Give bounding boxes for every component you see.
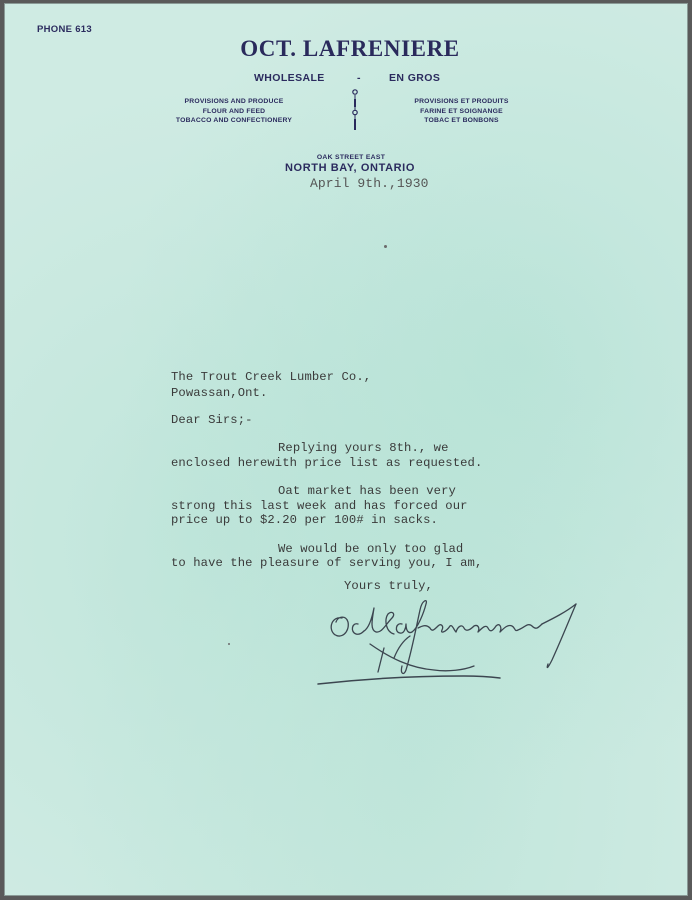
services-french: PROVISIONS ET PRODUITS FARINE ET SOIGNAN… [399, 97, 524, 126]
street-address: OAK STREET EAST [5, 154, 692, 161]
service-line: PROVISIONS AND PRODUCE [159, 97, 309, 107]
body-line: to have the pleasure of serving you, I a… [171, 556, 482, 570]
service-line: FLOUR AND FEED [159, 107, 309, 117]
tagline-english: WHOLESALE [254, 72, 325, 84]
paper-speck [228, 643, 230, 645]
services-english: PROVISIONS AND PRODUCE FLOUR AND FEED TO… [159, 97, 309, 126]
recipient-line: The Trout Creek Lumber Co., [171, 370, 371, 384]
tagline-french: EN GROS [389, 72, 440, 84]
recipient-line: Powassan,Ont. [171, 386, 267, 400]
service-line: PROVISIONS ET PRODUITS [399, 97, 524, 107]
service-line: TOBACCO AND CONFECTIONERY [159, 116, 309, 126]
body-line: We would be only too glad [278, 542, 463, 556]
body-line: Replying yours 8th., we [278, 441, 449, 455]
handwritten-signature [314, 588, 604, 688]
phone-number: PHONE 613 [37, 24, 92, 35]
service-line: FARINE ET SOIGNANGE [399, 107, 524, 117]
body-line: enclosed herewith price list as requeste… [171, 456, 482, 470]
tagline-separator: - [357, 72, 361, 84]
service-line: TOBAC ET BONBONS [399, 116, 524, 126]
company-name: OCT. LAFRENIERE [4, 36, 692, 62]
salutation: Dear Sirs;- [171, 413, 253, 427]
city-address: NORTH BAY, ONTARIO [4, 162, 692, 174]
body-line: price up to $2.20 per 100# in sacks. [171, 513, 438, 527]
ornament-divider-icon [349, 89, 361, 133]
letter-page: PHONE 613 OCT. LAFRENIERE WHOLESALE - EN… [4, 3, 688, 896]
paper-speck [384, 245, 387, 248]
body-line: strong this last week and has forced our [171, 499, 468, 513]
body-line: Oat market has been very [278, 484, 456, 498]
letter-date: April 9th.,1930 [310, 176, 429, 191]
